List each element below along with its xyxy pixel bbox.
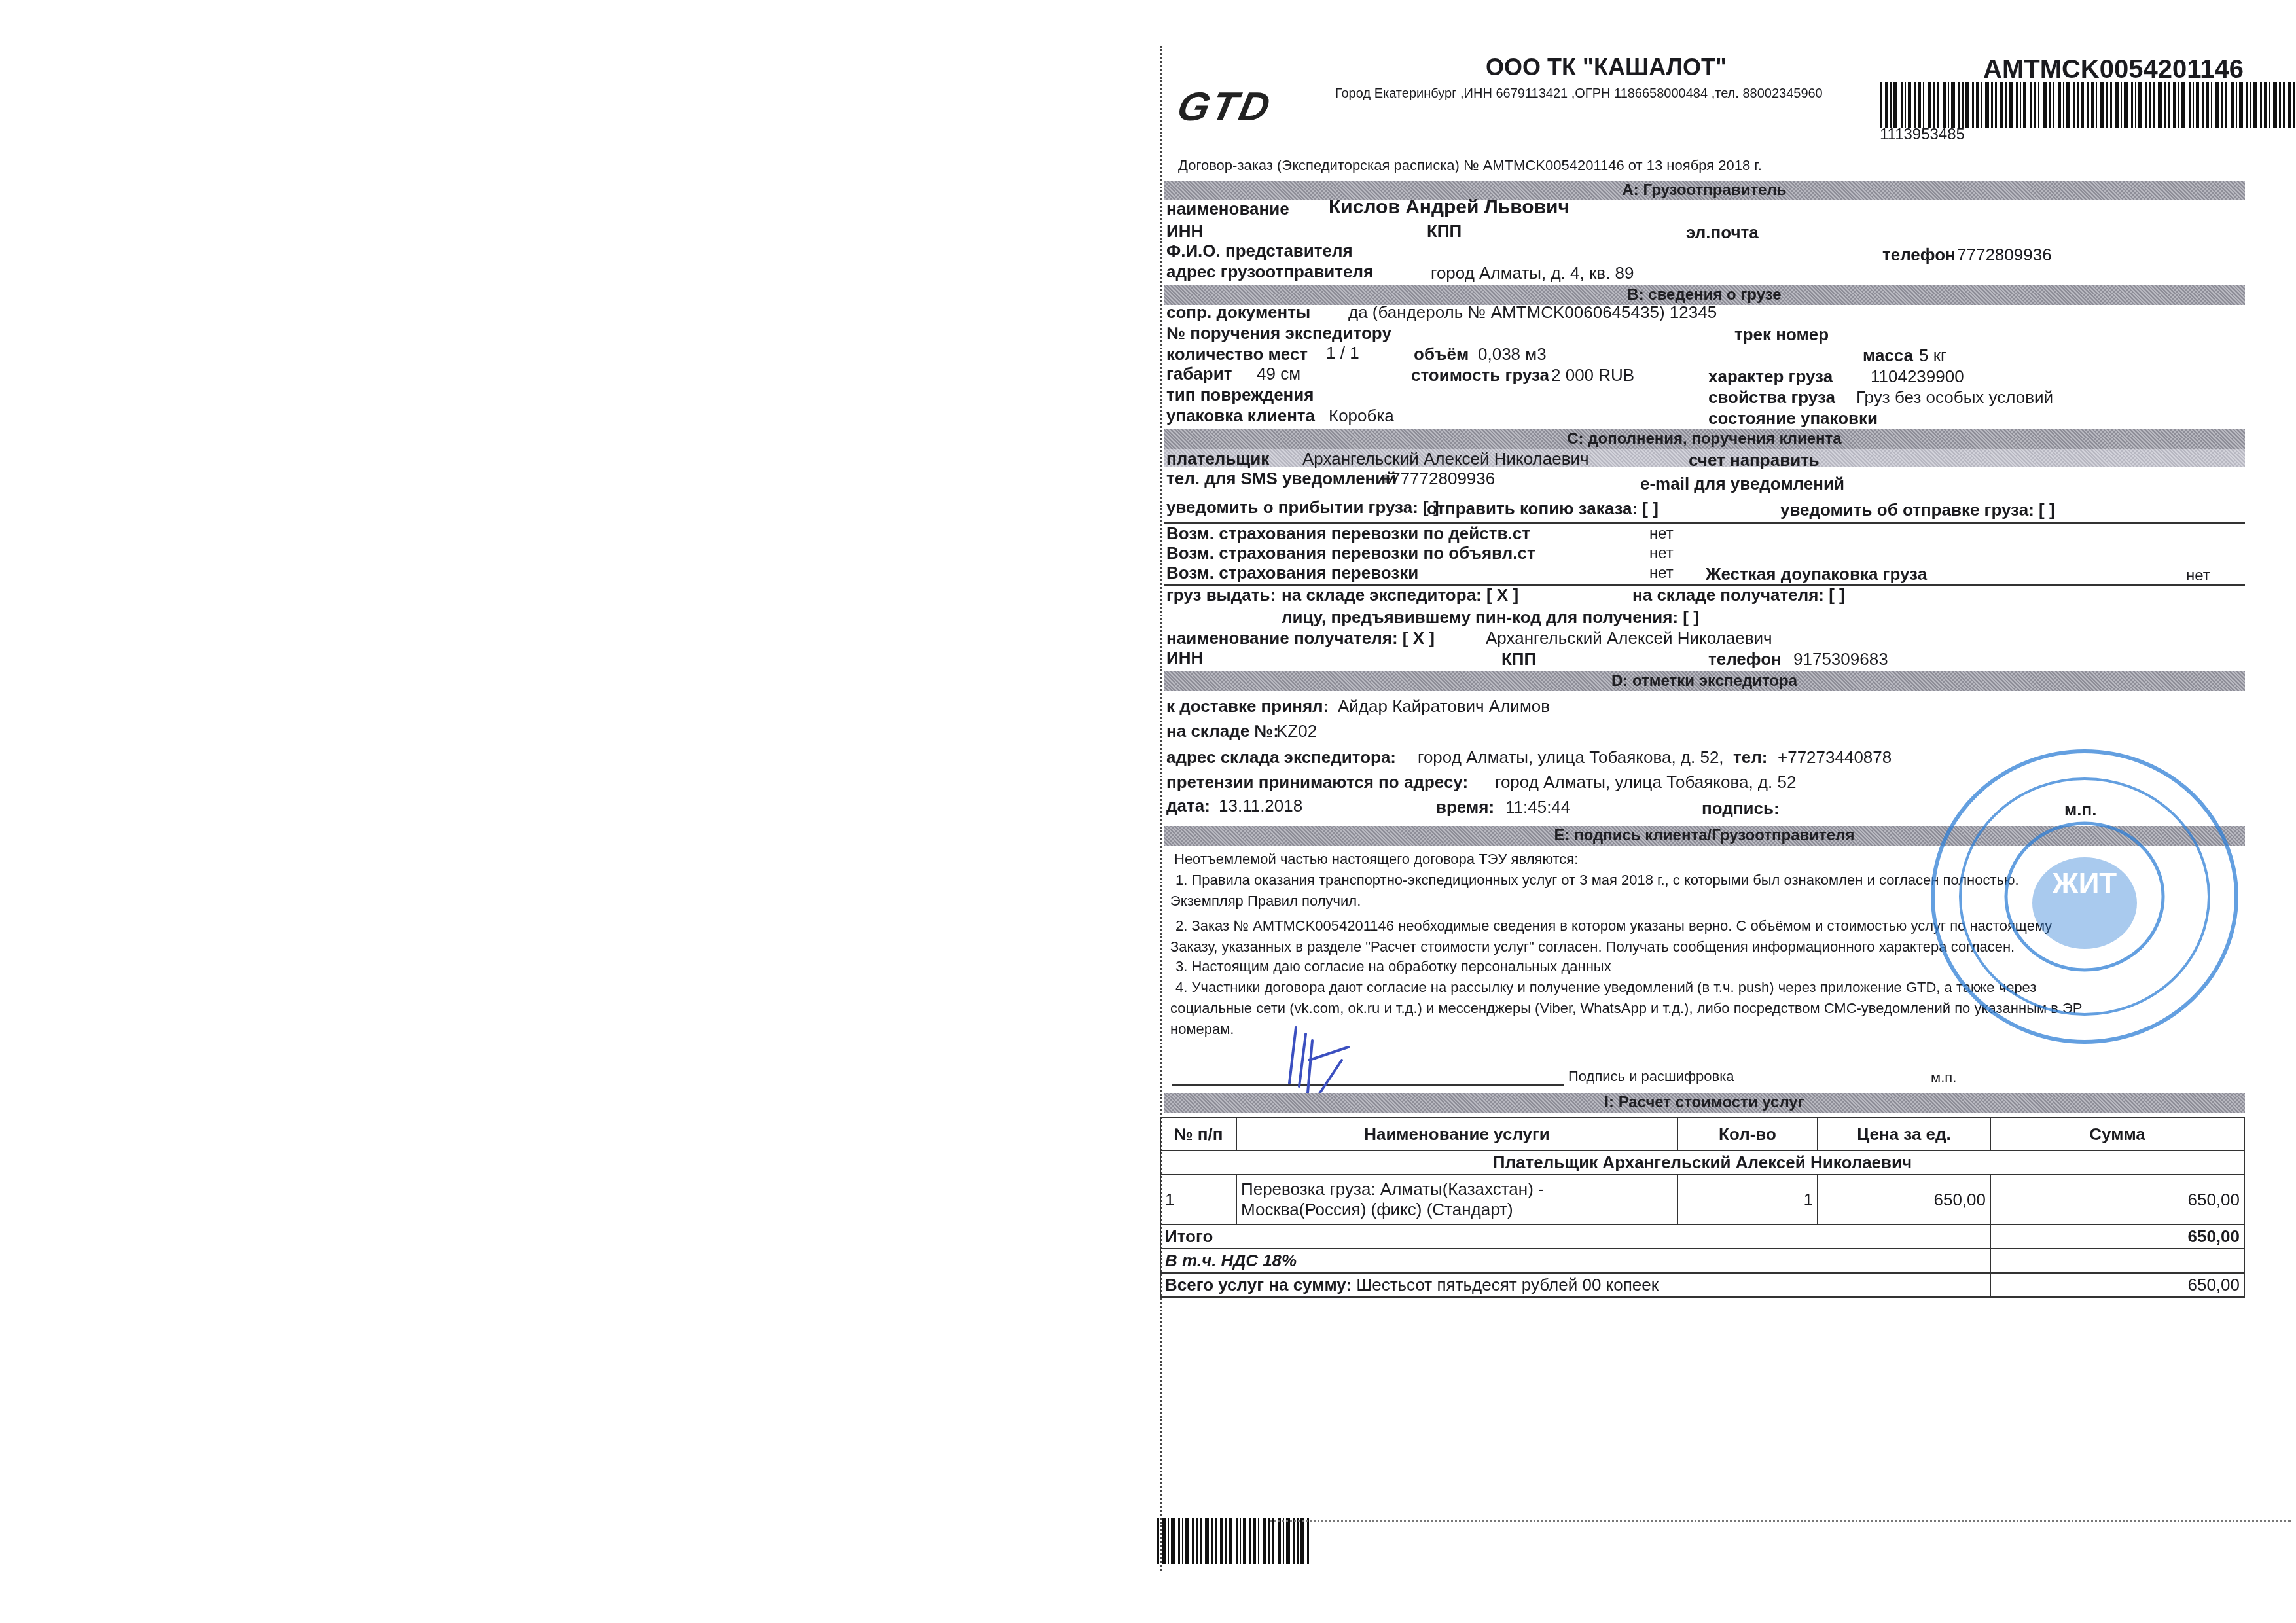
col-number: № п/п <box>1160 1118 1236 1150</box>
company-name: ООО ТК "КАШАЛОТ" <box>1486 54 1727 81</box>
send-copy-checkbox[interactable]: отправить копию заказа: [ ] <box>1427 499 1659 519</box>
section-c-header: C: дополнения, поручения клиента <box>1164 429 2245 449</box>
volume-label: объём <box>1414 344 1469 365</box>
docs-value: да (бандероль № AMTMCK0060645435) 12345 <box>1348 302 1717 323</box>
insurance-actual-label: Возм. страхования перевозки по действ.ст <box>1166 524 1530 544</box>
top-barcode <box>1880 82 2296 128</box>
insurance-declared-value: нет <box>1649 544 1674 563</box>
rigid-pack-label: Жесткая доупаковка груза <box>1706 564 1927 584</box>
sender-address: город Алматы, д. 4, кв. 89 <box>1431 263 1634 283</box>
time-label: время: <box>1436 797 1494 817</box>
recipient-phone-label: телефон <box>1708 649 1782 669</box>
col-price: Цена за ед. <box>1818 1118 1990 1150</box>
nature-label: характер груза <box>1708 366 1833 387</box>
time-value: 11:45:44 <box>1505 797 1570 817</box>
row-price: 650,00 <box>1818 1175 1990 1224</box>
props-label: свойства груза <box>1708 387 1835 408</box>
rigid-pack-value: нет <box>2186 567 2210 585</box>
cost-value: 2 000 RUB <box>1551 365 1634 385</box>
insurance-actual-value: нет <box>1649 525 1674 543</box>
payer-label: плательщик <box>1166 449 1269 469</box>
services-table: № п/п Наименование услуги Кол-во Цена за… <box>1160 1117 2245 1298</box>
pack-state-label: состояние упаковки <box>1708 408 1878 429</box>
notify-email-label: e-mail для уведомлений <box>1640 474 1844 494</box>
grand-total-label: Всего услуг на сумму: <box>1165 1275 1352 1294</box>
recipient-phone: 9175309683 <box>1793 649 1888 669</box>
total-value: 650,00 <box>1990 1224 2244 1249</box>
terms-p4c: номерам. <box>1170 1021 1234 1038</box>
representative-label: Ф.И.О. представителя <box>1166 241 1353 261</box>
sms-value: +77772809936 <box>1381 469 1495 489</box>
volume-value: 0,038 м3 <box>1478 344 1547 365</box>
sender-phone: 7772809936 <box>1957 245 2052 265</box>
name-label: наименование <box>1166 199 1289 219</box>
release-forwarder-checkbox[interactable]: на складе экспедитора: [ X ] <box>1282 585 1518 605</box>
terms-intro: Неотъемлемой частью настоящего договора … <box>1174 851 1578 868</box>
date-label: дата: <box>1166 796 1210 816</box>
table-row: 1 Перевозка груза: Алматы(Казахстан) - М… <box>1160 1175 2244 1224</box>
warehouse-label: на складе №: <box>1166 721 1279 741</box>
col-sum: Сумма <box>1990 1118 2244 1150</box>
gtd-logo-icon: GTD <box>1173 84 1276 130</box>
company-seal-icon: ЖИТ <box>1895 740 2274 1054</box>
recipient-kpp-label: КПП <box>1501 649 1536 669</box>
release-label: груз выдать: <box>1166 585 1276 605</box>
accepted-label: к доставке принял: <box>1166 696 1329 717</box>
wh-address-value: город Алматы, улица Тобаякова, д. 52, <box>1418 747 1724 768</box>
terms-p2b: Заказу, указанных в разделе "Расчет стои… <box>1170 938 2015 955</box>
warehouse-value: KZ02 <box>1276 721 1317 741</box>
perforation-line <box>1160 46 1162 1571</box>
vat-label: В т.ч. НДС 18% <box>1160 1249 1990 1273</box>
email-label: эл.почта <box>1686 223 1759 243</box>
cost-label: стоимость груза <box>1411 365 1549 385</box>
insurance-label: Возм. страхования перевозки <box>1166 563 1418 583</box>
accepted-value: Айдар Кайратович Алимов <box>1338 696 1550 717</box>
vat-value <box>1990 1249 2244 1273</box>
insurance-declared-label: Возм. страхования перевозки по объявл.ст <box>1166 543 1535 563</box>
col-qty: Кол-во <box>1677 1118 1818 1150</box>
mass-label: масса <box>1863 346 1913 366</box>
terms-p1b: Экземпляр Правил получил. <box>1170 893 1361 910</box>
svg-text:ЖИТ: ЖИТ <box>2052 868 2117 900</box>
mass-value: 5 кг <box>1919 346 1947 366</box>
section-a-header: А: Грузоотправитель <box>1164 181 2245 200</box>
pack-label: упаковка клиента <box>1166 406 1315 426</box>
size-label: габарит <box>1166 364 1232 384</box>
claims-value: город Алматы, улица Тобаякова, д. 52 <box>1495 772 1796 793</box>
company-requisites: Город Екатеринбург ,ИНН 6679113421 ,ОГРН… <box>1335 86 1823 101</box>
row-number: 1 <box>1160 1175 1236 1224</box>
wh-phone-label: тел: <box>1733 747 1767 768</box>
notify-arrival-checkbox[interactable]: уведомить о прибытии груза: [ ] <box>1166 497 1439 518</box>
order-no-label: № поручения экспедитору <box>1166 323 1391 344</box>
date-value: 13.11.2018 <box>1219 796 1302 816</box>
invoice-label: счет направить <box>1689 450 1820 471</box>
release-pin-checkbox[interactable]: лицу, предъявившему пин-код для получени… <box>1282 607 1699 628</box>
wh-phone-value: +77273440878 <box>1778 747 1892 768</box>
props-value: Груз без особых условий <box>1856 387 2053 408</box>
grand-total-words: Шестьсот пятьдесят рублей 00 копеек <box>1356 1275 1659 1294</box>
places-label: количество мест <box>1166 344 1308 365</box>
forwarder-sign-label: подпись: <box>1702 798 1780 819</box>
row-qty: 1 <box>1677 1175 1818 1224</box>
total-label: Итого <box>1160 1224 1990 1249</box>
nature-value: 1104239900 <box>1871 366 1964 387</box>
wh-address-label: адрес склада экспедитора: <box>1166 747 1396 768</box>
damage-label: тип повреждения <box>1166 385 1314 405</box>
order-code: AMTMCK0054201146 <box>1983 55 2244 84</box>
payer-value: Архангельский Алексей Николаевич <box>1302 449 1589 469</box>
phone-label: телефон <box>1882 245 1956 265</box>
col-service: Наименование услуги <box>1236 1118 1677 1150</box>
row-service: Перевозка груза: Алматы(Казахстан) - Мос… <box>1236 1175 1677 1224</box>
notify-dispatch-checkbox[interactable]: уведомить об отправке груза: [ ] <box>1780 500 2055 520</box>
row-sum: 650,00 <box>1990 1175 2244 1224</box>
release-receiver-checkbox[interactable]: на складе получателя: [ ] <box>1632 585 1845 605</box>
sender-address-label: адрес грузоотправителя <box>1166 262 1373 282</box>
bottom-barcode <box>1157 1518 1311 1564</box>
sender-name: Кислов Андрей Львович <box>1329 196 1570 219</box>
contract-title: Договор-заказ (Экспедиторская расписка) … <box>1178 157 1762 174</box>
terms-p1a: 1. Правила оказания транспортно-экспедиц… <box>1175 872 2019 889</box>
section-i-header: I: Расчет стоимости услуг <box>1164 1093 2245 1113</box>
kpp-label: КПП <box>1427 221 1462 241</box>
pack-value: Коробка <box>1329 406 1394 426</box>
cut-line <box>1270 1520 2291 1522</box>
grand-total-value: 650,00 <box>1990 1273 2244 1297</box>
section-d-header: D: отметки экспедитора <box>1164 671 2245 691</box>
docs-label: сопр. документы <box>1166 302 1310 323</box>
claims-label: претензии принимаются по адресу: <box>1166 772 1468 793</box>
terms-p3: 3. Настоящим даю согласие на обработку п… <box>1175 958 1611 975</box>
sms-label: тел. для SMS уведомлений <box>1166 469 1396 489</box>
seal-caption: м.п. <box>1931 1069 1956 1086</box>
size-value: 49 см <box>1257 364 1300 384</box>
places-value: 1 / 1 <box>1326 343 1359 363</box>
grand-total-row: Всего услуг на сумму: Шестьсот пятьдесят… <box>1160 1273 1990 1297</box>
inn-label: ИНН <box>1166 221 1203 241</box>
insurance-value: нет <box>1649 564 1674 582</box>
payer-row: Плательщик Архангельский Алексей Николае… <box>1160 1150 2244 1175</box>
signature-caption: Подпись и расшифровка <box>1568 1068 1734 1085</box>
recipient-label[interactable]: наименование получателя: [ X ] <box>1166 628 1435 649</box>
barcode-number: 1113953485 <box>1880 126 1965 144</box>
recipient-name: Архангельский Алексей Николаевич <box>1486 628 1772 649</box>
track-label: трек номер <box>1734 325 1829 345</box>
recipient-inn-label: ИНН <box>1166 648 1203 668</box>
